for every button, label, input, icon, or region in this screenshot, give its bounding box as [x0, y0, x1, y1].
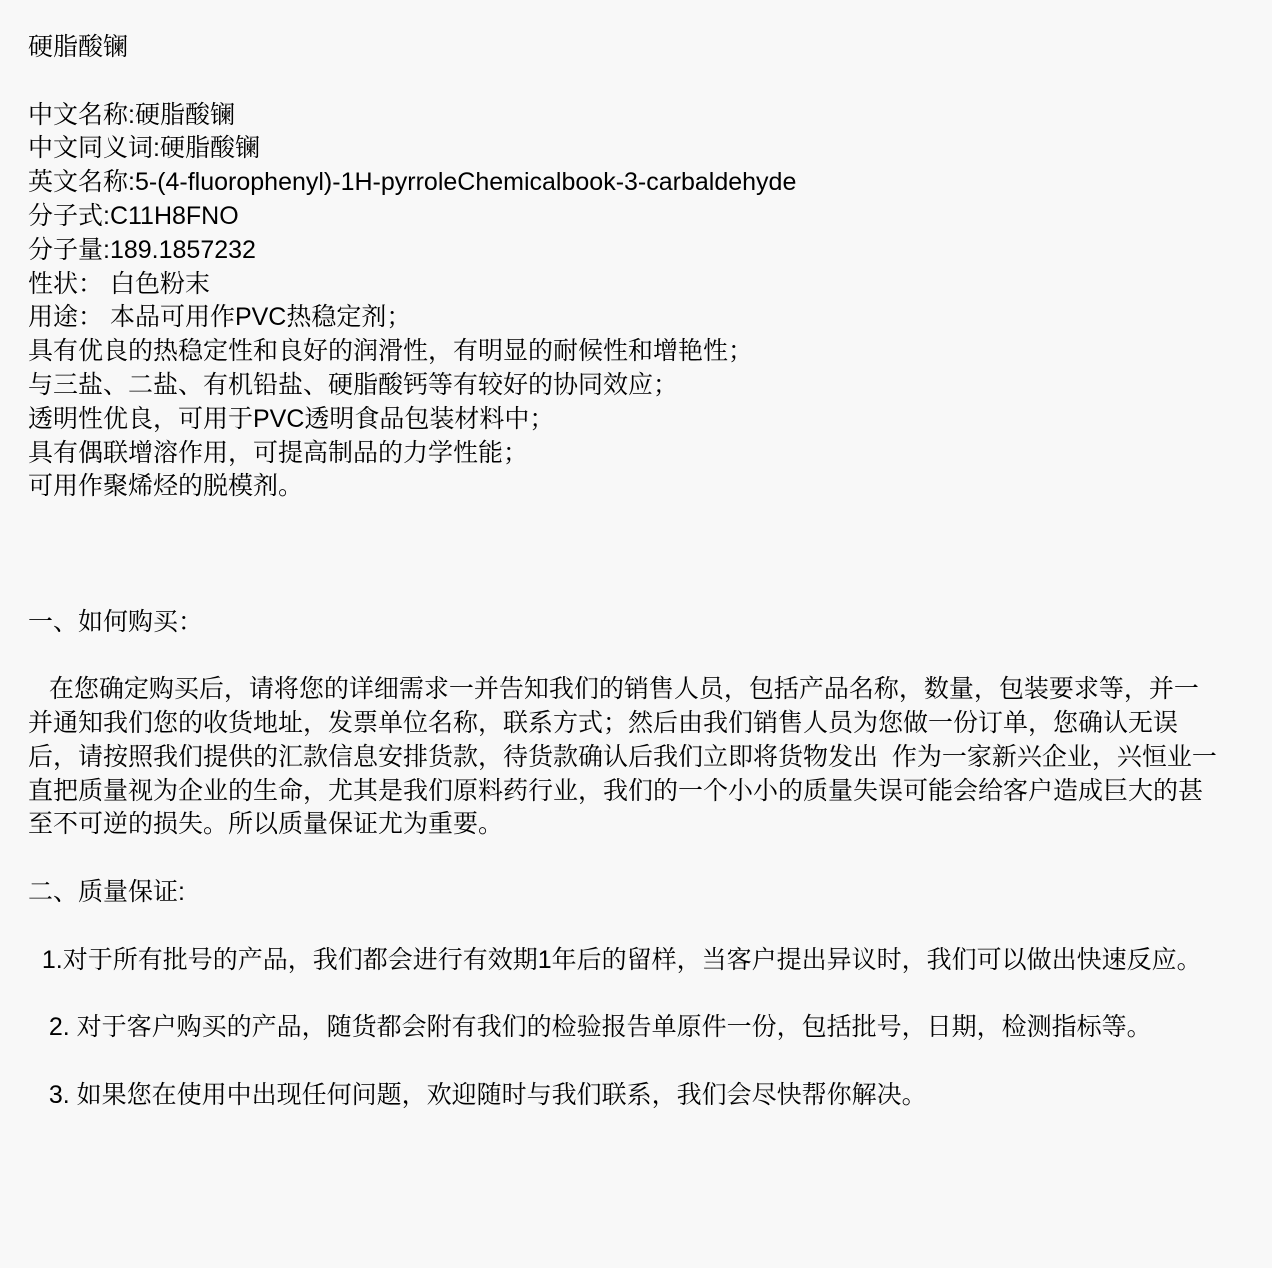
list-item-1: 1.对于所有批号的产品，我们都会进行有效期1年后的留样，当客户提出异议时，我们可… — [28, 944, 1254, 978]
list-item-3: 3. 如果您在使用中出现任何问题，欢迎随时与我们联系，我们会尽快帮你解决。 — [28, 1079, 1254, 1113]
section-heading-purchase: 一、如何购买： — [28, 606, 1254, 640]
info-line-english-name: 英文名称:5-(4-fluorophenyl)-1H-pyrroleChemic… — [28, 166, 1254, 200]
paragraph-line: 直把质量视为企业的生命，尤其是我们原料药行业，我们的一个小小的质量失误可能会给客… — [28, 775, 1254, 809]
info-line-usage-detail-4: 具有偶联增溶作用，可提高制品的力学性能； — [28, 437, 1254, 471]
info-line-usage-detail-1: 具有优良的热稳定性和良好的润滑性，有明显的耐候性和增艳性； — [28, 335, 1254, 369]
paragraph-line: 后，请按照我们提供的汇款信息安排货款，待货款确认后我们立即将货物发出 作为一家新… — [28, 741, 1254, 775]
spacer — [28, 65, 1254, 99]
spacer — [28, 639, 1254, 673]
quality-list: 1.对于所有批号的产品，我们都会进行有效期1年后的留样，当客户提出异议时，我们可… — [28, 944, 1254, 1113]
info-line-usage-detail-5: 可用作聚烯烃的脱模剂。 — [28, 470, 1254, 504]
info-line-usage: 用途： 本品可用作PVC热稳定剂； — [28, 301, 1254, 335]
product-info: 中文名称:硬脂酸镧 中文同义词:硬脂酸镧 英文名称:5-(4-fluorophe… — [28, 99, 1254, 505]
info-line-chinese-name: 中文名称:硬脂酸镧 — [28, 99, 1254, 133]
info-line-appearance: 性状： 白色粉末 — [28, 268, 1254, 302]
document: 硬脂酸镧 中文名称:硬脂酸镧 中文同义词:硬脂酸镧 英文名称:5-(4-fluo… — [0, 0, 1272, 1268]
spacer — [28, 842, 1254, 876]
paragraph-line: 在您确定购买后，请将您的详细需求一并告知我们的销售人员，包括产品名称，数量，包装… — [28, 673, 1254, 707]
info-line-chinese-synonym: 中文同义词:硬脂酸镧 — [28, 132, 1254, 166]
paragraph-line: 至不可逆的损失。所以质量保证尤为重要。 — [28, 808, 1254, 842]
page-title: 硬脂酸镧 — [28, 31, 1254, 65]
info-line-usage-detail-3: 透明性优良，可用于PVC透明食品包装材料中； — [28, 403, 1254, 437]
section-heading-quality: 二、质量保证: — [28, 876, 1254, 910]
purchase-paragraph: 在您确定购买后，请将您的详细需求一并告知我们的销售人员，包括产品名称，数量，包装… — [28, 673, 1254, 842]
spacer — [28, 504, 1254, 605]
list-item-2: 2. 对于客户购买的产品，随货都会附有我们的检验报告单原件一份，包括批号，日期，… — [28, 1011, 1254, 1045]
info-line-molecular-weight: 分子量:189.1857232 — [28, 234, 1254, 268]
spacer — [28, 1045, 1254, 1079]
spacer — [28, 910, 1254, 944]
paragraph-line: 并通知我们您的收货地址，发票单位名称，联系方式；然后由我们销售人员为您做一份订单… — [28, 707, 1254, 741]
info-line-molecular-formula: 分子式:C11H8FNO — [28, 200, 1254, 234]
spacer — [28, 977, 1254, 1011]
info-line-usage-detail-2: 与三盐、二盐、有机铅盐、硬脂酸钙等有较好的协同效应； — [28, 369, 1254, 403]
